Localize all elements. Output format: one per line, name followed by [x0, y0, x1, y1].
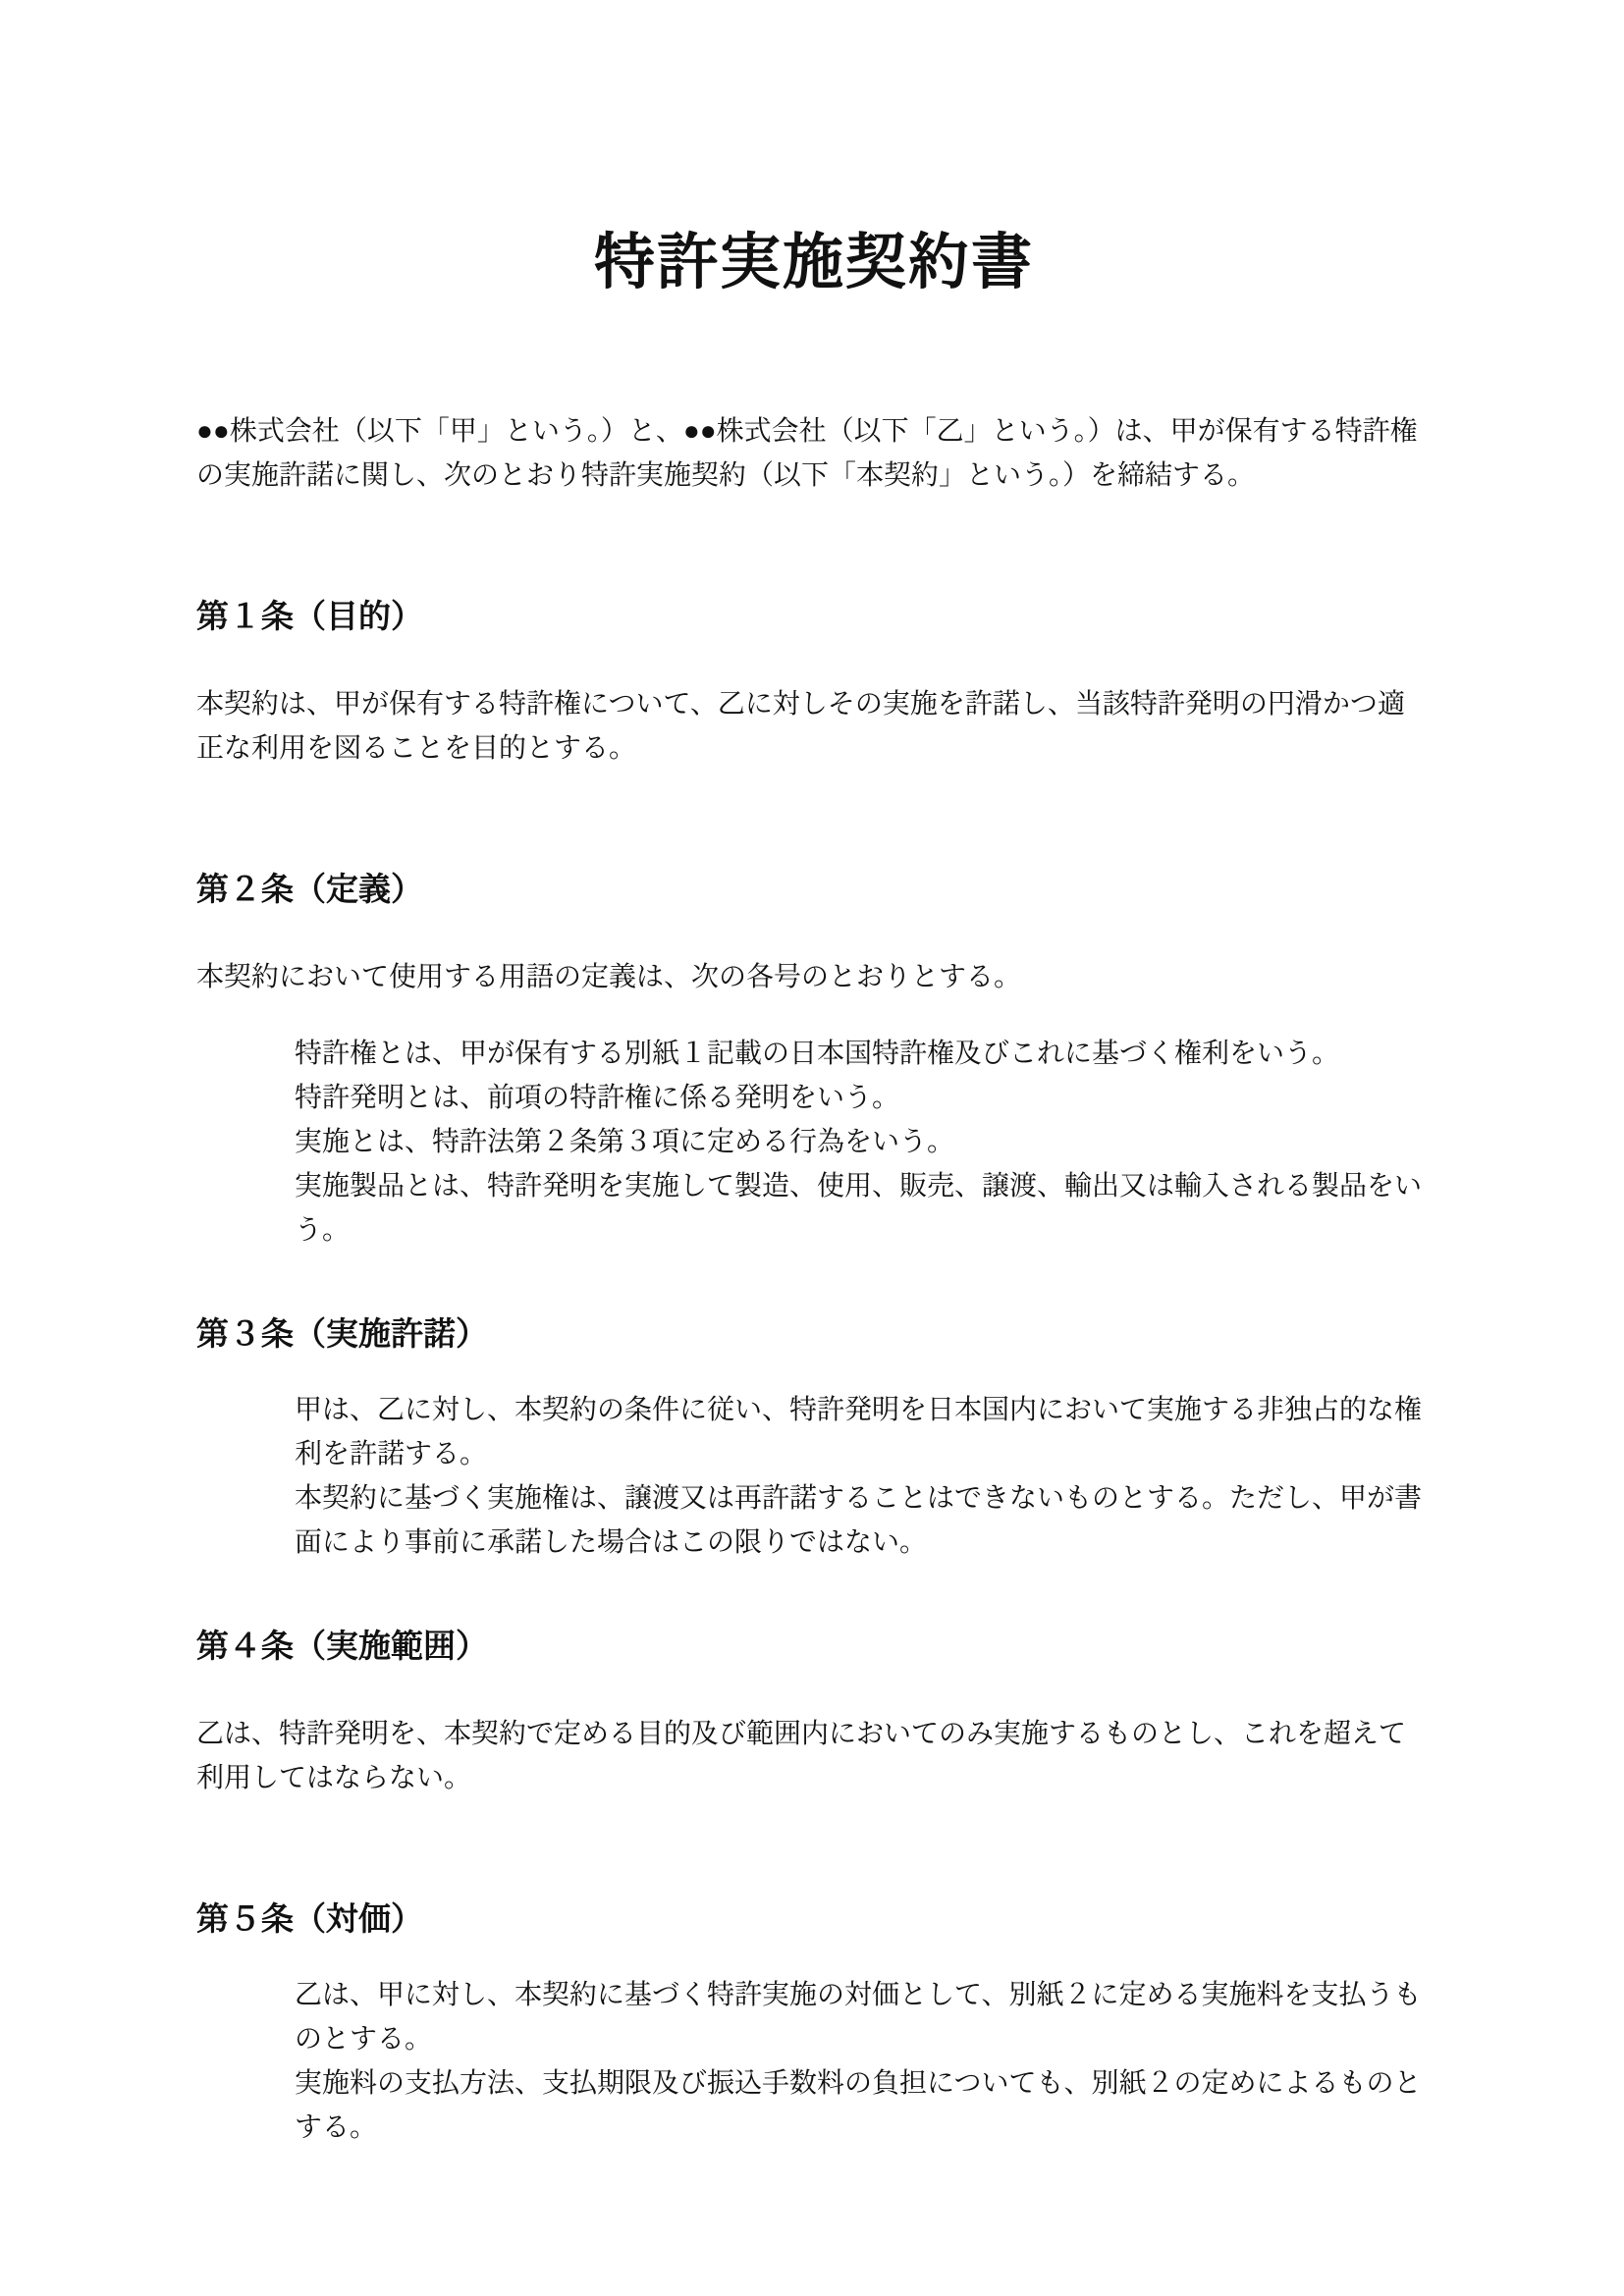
- article-5-clause-list: 乙は、甲に対し、本契約に基づく特許実施の対価として、別紙２に定める実施料を支払う…: [196, 1972, 1432, 2149]
- article-section-2: 第２条（定義） 本契約において使用する用語の定義は、次の各号のとおりとする。 特…: [196, 868, 1432, 1252]
- article-4-body: 乙は、特許発明を、本契約で定める目的及び範囲内においてのみ実施するものとし、これ…: [196, 1711, 1432, 1799]
- article-section-5: 第５条（対価） 乙は、甲に対し、本契約に基づく特許実施の対価として、別紙２に定め…: [196, 1897, 1432, 2149]
- clause-item: 本契約に基づく実施権は、譲渡又は再許諾することはできないものとする。ただし、甲が…: [295, 1475, 1432, 1564]
- clause-item: 実施製品とは、特許発明を実施して製造、使用、販売、譲渡、輸出又は輸入される製品を…: [295, 1163, 1432, 1252]
- clause-item: 乙は、甲に対し、本契約に基づく特許実施の対価として、別紙２に定める実施料を支払う…: [295, 1972, 1432, 2060]
- clause-item: 実施料の支払方法、支払期限及び振込手数料の負担についても、別紙２の定めによるもの…: [295, 2060, 1432, 2149]
- article-3-heading: 第３条（実施許諾）: [196, 1312, 1432, 1356]
- article-1-heading: 第１条（目的）: [196, 595, 1432, 638]
- document-title: 特許実施契約書: [196, 228, 1432, 298]
- article-1-body: 本契約は、甲が保有する特許権について、乙に対しその実施を許諾し、当該特許発明の円…: [196, 681, 1432, 770]
- article-4-heading: 第４条（実施範囲）: [196, 1625, 1432, 1668]
- clause-item: 特許発明とは、前項の特許権に係る発明をいう。: [295, 1075, 1432, 1119]
- document-page: 特許実施契約書 ●●株式会社（以下「甲」という。）と、●●株式会社（以下「乙」と…: [0, 0, 1624, 2296]
- article-section-4: 第４条（実施範囲） 乙は、特許発明を、本契約で定める目的及び範囲内においてのみ実…: [196, 1625, 1432, 1799]
- clause-item: 実施とは、特許法第２条第３項に定める行為をいう。: [295, 1119, 1432, 1163]
- preamble-paragraph: ●●株式会社（以下「甲」という。）と、●●株式会社（以下「乙」という。）は、甲が…: [196, 408, 1432, 497]
- article-2-clause-list: 特許権とは、甲が保有する別紙１記載の日本国特許権及びこれに基づく権利をいう。 特…: [196, 1031, 1432, 1252]
- article-section-1: 第１条（目的） 本契約は、甲が保有する特許権について、乙に対しその実施を許諾し、…: [196, 595, 1432, 770]
- article-5-heading: 第５条（対価）: [196, 1897, 1432, 1941]
- article-2-body: 本契約において使用する用語の定義は、次の各号のとおりとする。: [196, 954, 1432, 998]
- clause-item: 特許権とは、甲が保有する別紙１記載の日本国特許権及びこれに基づく権利をいう。: [295, 1031, 1432, 1075]
- article-3-clause-list: 甲は、乙に対し、本契約の条件に従い、特許発明を日本国内において実施する非独占的な…: [196, 1387, 1432, 1564]
- article-2-heading: 第２条（定義）: [196, 868, 1432, 911]
- clause-item: 甲は、乙に対し、本契約の条件に従い、特許発明を日本国内において実施する非独占的な…: [295, 1387, 1432, 1475]
- article-section-3: 第３条（実施許諾） 甲は、乙に対し、本契約の条件に従い、特許発明を日本国内におい…: [196, 1312, 1432, 1564]
